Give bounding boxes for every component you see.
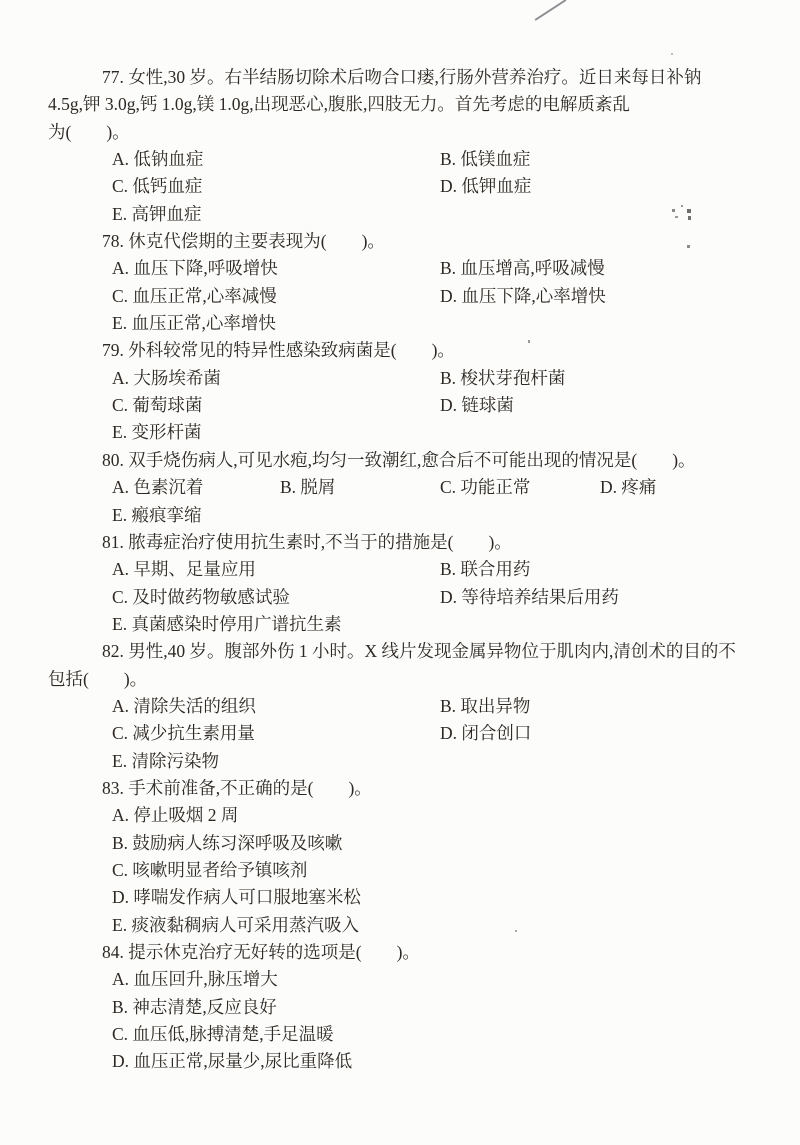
q84-option-C: C. 血压低,脉搏清楚,手足温暖 xyxy=(48,1021,778,1048)
q82-option-E: E. 清除污染物 xyxy=(48,748,778,775)
scan-speck-artifact xyxy=(671,53,673,55)
pen-slash-artifact xyxy=(534,0,566,21)
q78-option-D: D. 血压下降,心率增快 xyxy=(440,283,606,310)
q80-option-E: E. 瘢痕挛缩 xyxy=(48,502,778,529)
q77-stem-line-1: 77. 女性,30 岁。右半结肠切除术后吻合口瘘,行肠外营养治疗。近日来每日补钠 xyxy=(48,64,778,91)
q80-option-A: A. 色素沉着 xyxy=(112,474,203,501)
q82-option-C: C. 减少抗生素用量 xyxy=(112,720,255,747)
q78-options-row-1: A. 血压下降,呼吸增快 B. 血压增高,呼吸减慢 xyxy=(48,255,778,282)
q79-option-B: B. 梭状芽孢杆菌 xyxy=(440,365,565,392)
q77-option-E: E. 高钾血症 xyxy=(48,201,778,228)
q84-option-D: D. 血压正常,尿量少,尿比重降低 xyxy=(48,1048,778,1075)
q80-options-row-1: A. 色素沉着 B. 脱屑 C. 功能正常 D. 疼痛 xyxy=(48,474,778,501)
q83-option-B: B. 鼓励病人练习深呼吸及咳嗽 xyxy=(48,830,778,857)
q80-option-B: B. 脱屑 xyxy=(280,474,335,501)
q77-options-row-2: C. 低钙血症 D. 低钾血症 xyxy=(48,173,778,200)
q82-options-row-2: C. 减少抗生素用量 D. 闭合创口 xyxy=(48,720,778,747)
q79-option-E: E. 变形杆菌 xyxy=(48,419,778,446)
q82-option-D: D. 闭合创口 xyxy=(440,720,531,747)
q77-stem-line-2: 4.5g,钾 3.0g,钙 1.0g,镁 1.0g,出现恶心,腹胀,四肢无力。首… xyxy=(48,91,778,118)
q82-stem-line-1: 82. 男性,40 岁。腹部外伤 1 小时。X 线片发现金属异物位于肌肉内,清创… xyxy=(48,638,778,665)
q84-option-B: B. 神志清楚,反应良好 xyxy=(48,994,778,1021)
q77-option-D: D. 低钾血症 xyxy=(440,173,531,200)
q81-option-D: D. 等待培养结果后用药 xyxy=(440,584,619,611)
q81-options-row-2: C. 及时做药物敏感试验 D. 等待培养结果后用药 xyxy=(48,584,778,611)
q81-stem-line-1: 81. 脓毒症治疗使用抗生素时,不当于的措施是( )。 xyxy=(48,529,778,556)
q83-option-D: D. 哮喘发作病人可口服地塞米松 xyxy=(48,884,778,911)
q80-option-C: C. 功能正常 xyxy=(440,474,530,501)
q79-option-D: D. 链球菌 xyxy=(440,392,514,419)
q78-option-B: B. 血压增高,呼吸减慢 xyxy=(440,255,605,282)
exam-text-block: 77. 女性,30 岁。右半结肠切除术后吻合口瘘,行肠外营养治疗。近日来每日补钠… xyxy=(48,64,778,1076)
q83-stem-line-1: 83. 手术前准备,不正确的是( )。 xyxy=(48,775,778,802)
q81-option-E: E. 真菌感染时停用广谱抗生素 xyxy=(48,611,778,638)
q77-stem-line-3: 为( )。 xyxy=(48,119,778,146)
q83-option-C: C. 咳嗽明显者给予镇咳剂 xyxy=(48,857,778,884)
q77-option-C: C. 低钙血症 xyxy=(112,173,202,200)
q79-option-C: C. 葡萄球菌 xyxy=(112,392,202,419)
scanned-exam-page: 77. 女性,30 岁。右半结肠切除术后吻合口瘘,行肠外营养治疗。近日来每日补钠… xyxy=(0,0,800,1145)
q77-options-row-1: A. 低钠血症 B. 低镁血症 xyxy=(48,146,778,173)
q83-option-E: E. 痰液黏稠病人可采用蒸汽吸入 xyxy=(48,912,778,939)
q78-option-E: E. 血压正常,心率增快 xyxy=(48,310,778,337)
q78-stem-line-1: 78. 休克代偿期的主要表现为( )。 xyxy=(48,228,778,255)
q81-option-A: A. 早期、足量应用 xyxy=(112,556,256,583)
q84-stem-line-1: 84. 提示休克治疗无好转的选项是( )。 xyxy=(48,939,778,966)
q80-stem-line-1: 80. 双手烧伤病人,可见水疱,均匀一致潮红,愈合后不可能出现的情况是( )。 xyxy=(48,447,778,474)
q79-options-row-2: C. 葡萄球菌 D. 链球菌 xyxy=(48,392,778,419)
q77-option-A: A. 低钠血症 xyxy=(112,146,203,173)
q79-stem-line-1: 79. 外科较常见的特异性感染致病菌是( )。 xyxy=(48,337,778,364)
q79-option-A: A. 大肠埃希菌 xyxy=(112,365,221,392)
q81-option-C: C. 及时做药物敏感试验 xyxy=(112,584,290,611)
q81-options-row-1: A. 早期、足量应用 B. 联合用药 xyxy=(48,556,778,583)
q81-option-B: B. 联合用药 xyxy=(440,556,530,583)
q78-option-A: A. 血压下降,呼吸增快 xyxy=(112,255,278,282)
q77-option-B: B. 低镁血症 xyxy=(440,146,530,173)
q78-option-C: C. 血压正常,心率减慢 xyxy=(112,283,277,310)
q82-option-A: A. 清除失活的组织 xyxy=(112,693,256,720)
q78-options-row-2: C. 血压正常,心率减慢 D. 血压下降,心率增快 xyxy=(48,283,778,310)
q83-option-A: A. 停止吸烟 2 周 xyxy=(48,802,778,829)
q79-options-row-1: A. 大肠埃希菌 B. 梭状芽孢杆菌 xyxy=(48,365,778,392)
q84-option-A: A. 血压回升,脉压增大 xyxy=(48,966,778,993)
q82-option-B: B. 取出异物 xyxy=(440,693,530,720)
q82-options-row-1: A. 清除失活的组织 B. 取出异物 xyxy=(48,693,778,720)
q80-option-D: D. 疼痛 xyxy=(600,474,656,501)
q82-stem-line-2: 包括( )。 xyxy=(48,666,778,693)
